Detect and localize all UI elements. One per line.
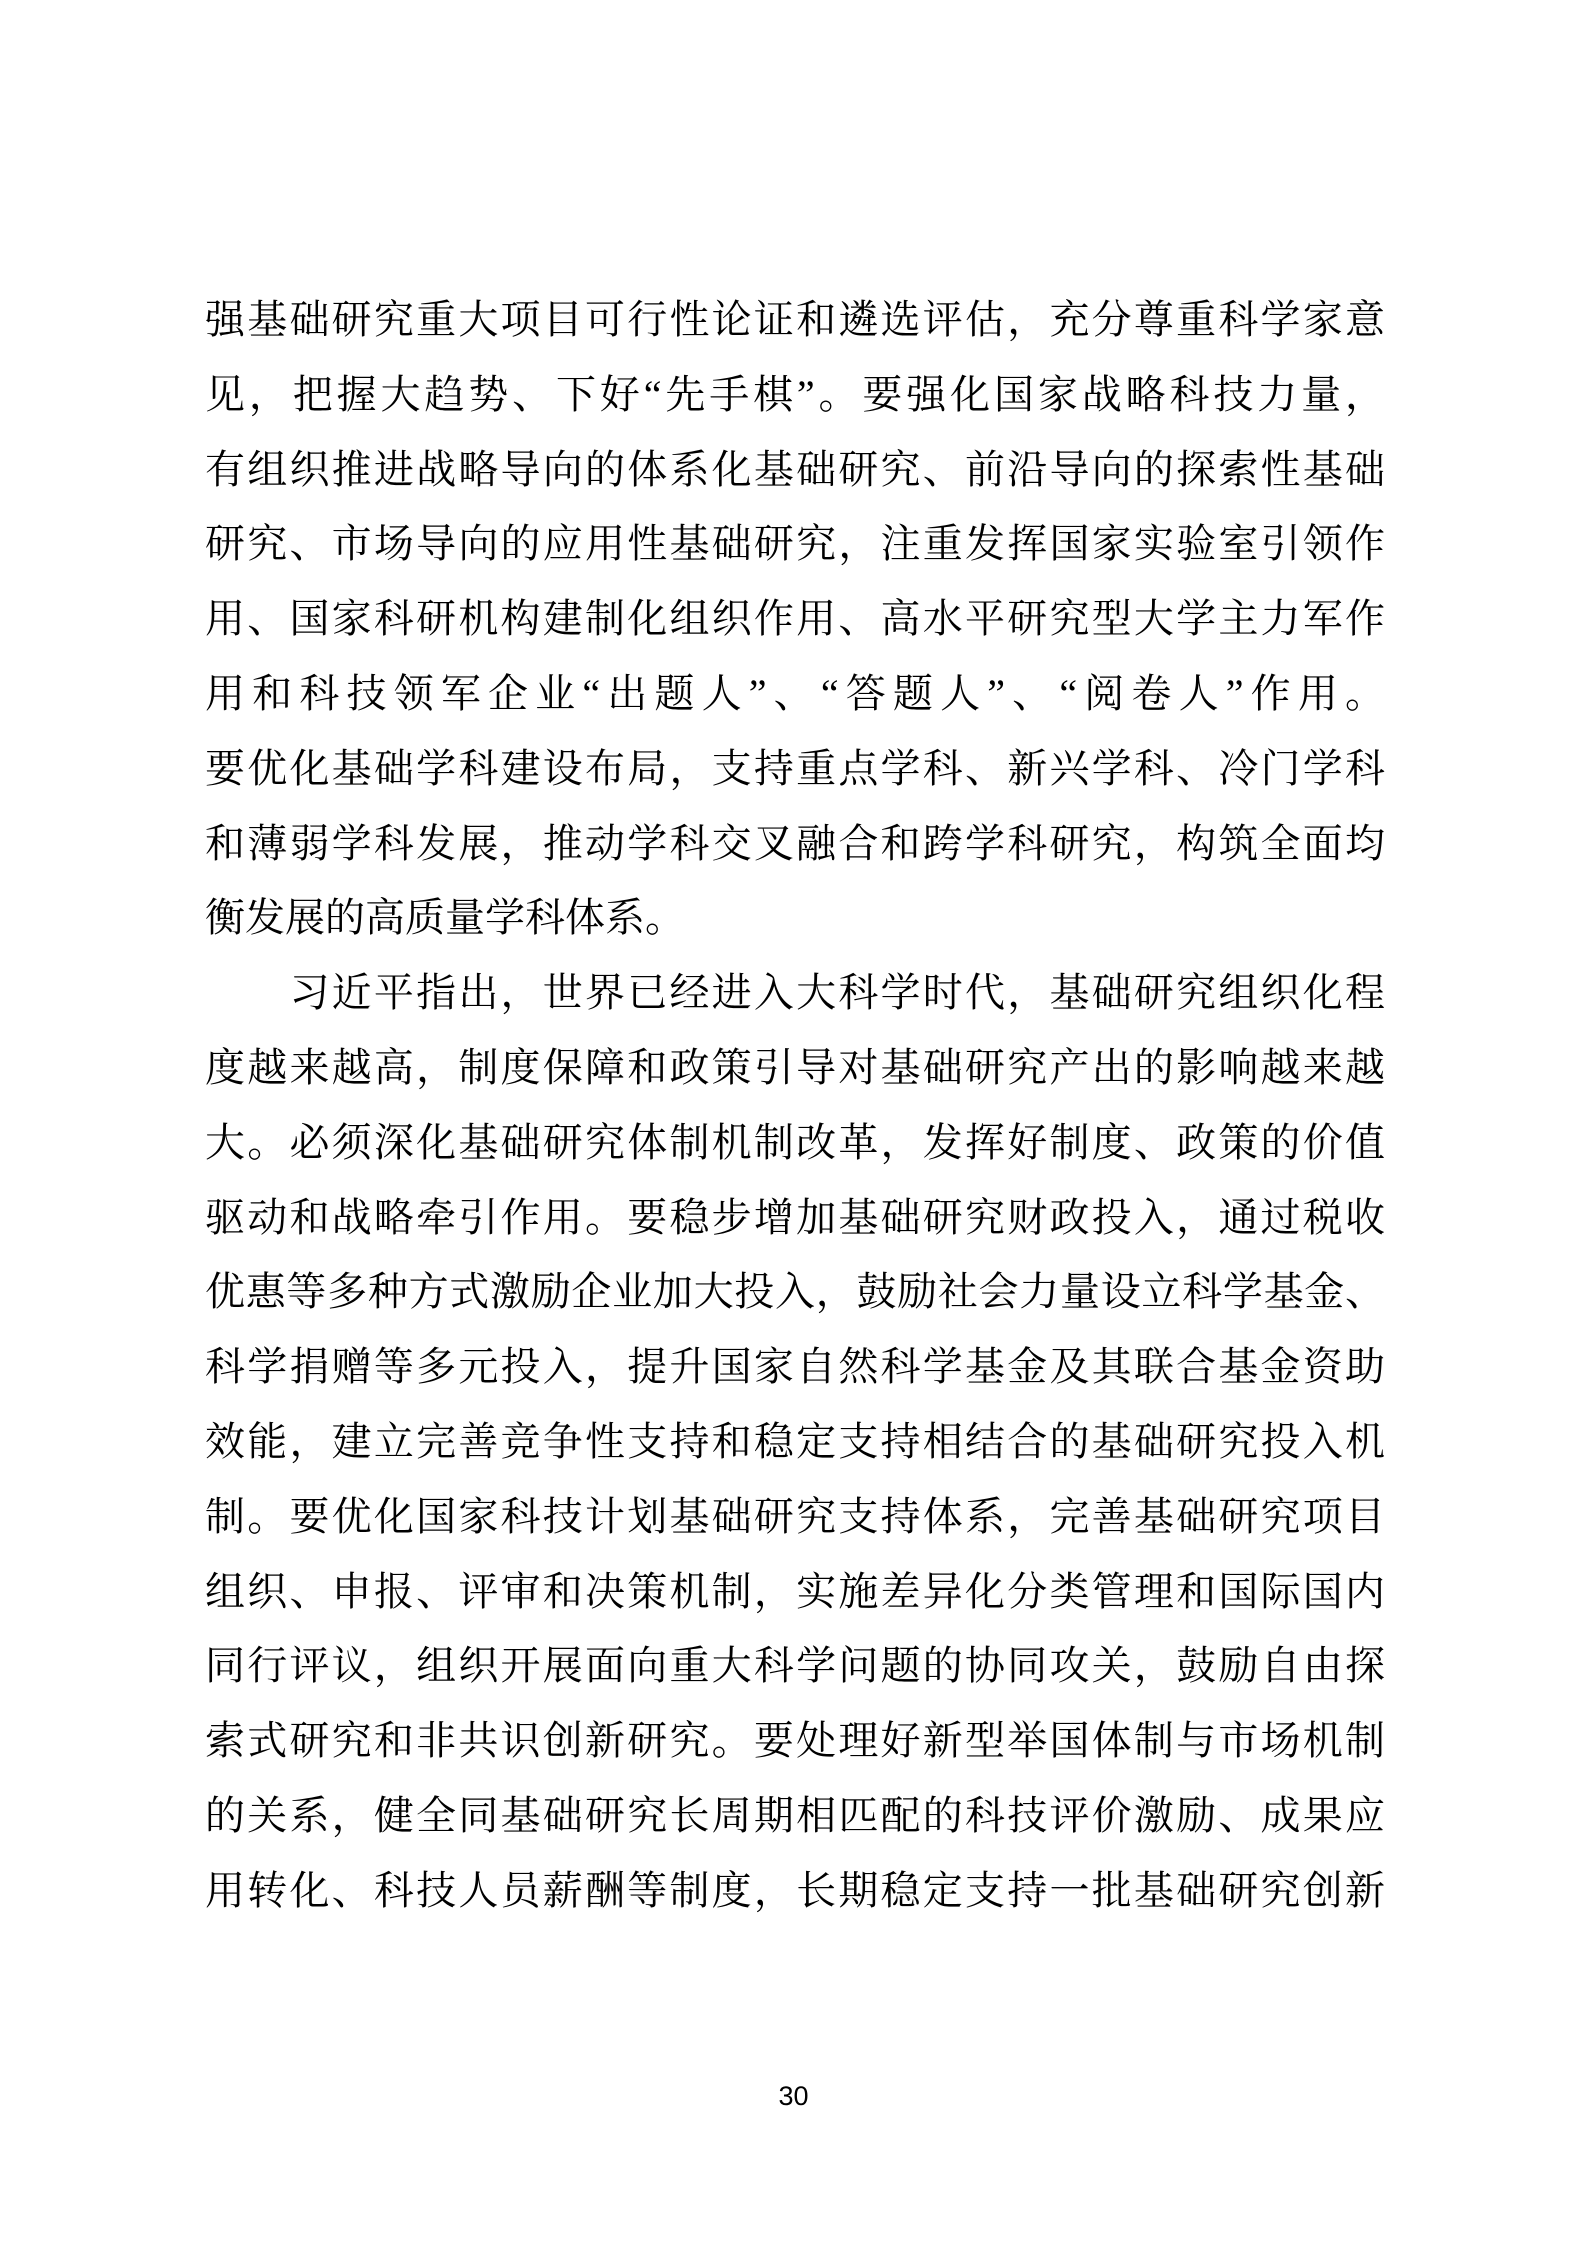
text-line: 制。要优化国家科技计划基础研究支持体系，完善基础研究项目	[205, 1480, 1385, 1555]
text-line: 和薄弱学科发展，推动学科交叉融合和跨学科研究，构筑全面均	[205, 807, 1385, 882]
page-number: 30	[0, 2080, 1587, 2112]
text-line: 优惠等多种方式激励企业加大投入，鼓励社会力量设立科学基金、	[205, 1255, 1385, 1330]
text-line: 同行评议，组织开展面向重大科学问题的协同攻关，鼓励自由探	[205, 1629, 1385, 1704]
text-line: 效能，建立完善竞争性支持和稳定支持相结合的基础研究投入机	[205, 1405, 1385, 1480]
text-line: 度越来越高，制度保障和政策引导对基础研究产出的影响越来越	[205, 1031, 1385, 1106]
text-line: 组织、申报、评审和决策机制，实施差异化分类管理和国际国内	[205, 1555, 1385, 1630]
document-page: 强基础研究重大项目可行性论证和遴选评估，充分尊重科学家意 见，把握大趋势、下好“…	[0, 0, 1587, 2245]
text-line: 用和科技领军企业“出题人”、“答题人”、“阅卷人”作用。	[205, 657, 1385, 732]
text-line-paragraph-end: 衡发展的高质量学科体系。	[205, 881, 1385, 956]
text-line: 用转化、科技人员薪酬等制度，长期稳定支持一批基础研究创新	[205, 1854, 1385, 1929]
text-line: 见，把握大趋势、下好“先手棋”。要强化国家战略科技力量，	[205, 358, 1385, 433]
text-line-paragraph-start: 习近平指出，世界已经进入大科学时代，基础研究组织化程	[205, 956, 1385, 1031]
text-line: 有组织推进战略导向的体系化基础研究、前沿导向的探索性基础	[205, 433, 1385, 508]
text-line: 研究、市场导向的应用性基础研究，注重发挥国家实验室引领作	[205, 507, 1385, 582]
body-text-block: 强基础研究重大项目可行性论证和遴选评估，充分尊重科学家意 见，把握大趋势、下好“…	[205, 283, 1385, 1929]
text-line: 要优化基础学科建设布局，支持重点学科、新兴学科、冷门学科	[205, 732, 1385, 807]
text-line: 索式研究和非共识创新研究。要处理好新型举国体制与市场机制	[205, 1704, 1385, 1779]
text-line: 的关系，健全同基础研究长周期相匹配的科技评价激励、成果应	[205, 1779, 1385, 1854]
text-line: 用、国家科研机构建制化组织作用、高水平研究型大学主力军作	[205, 582, 1385, 657]
text-line: 科学捐赠等多元投入，提升国家自然科学基金及其联合基金资助	[205, 1330, 1385, 1405]
text-line: 驱动和战略牵引作用。要稳步增加基础研究财政投入，通过税收	[205, 1181, 1385, 1256]
text-line: 强基础研究重大项目可行性论证和遴选评估，充分尊重科学家意	[205, 283, 1385, 358]
text-line: 大。必须深化基础研究体制机制改革，发挥好制度、政策的价值	[205, 1106, 1385, 1181]
